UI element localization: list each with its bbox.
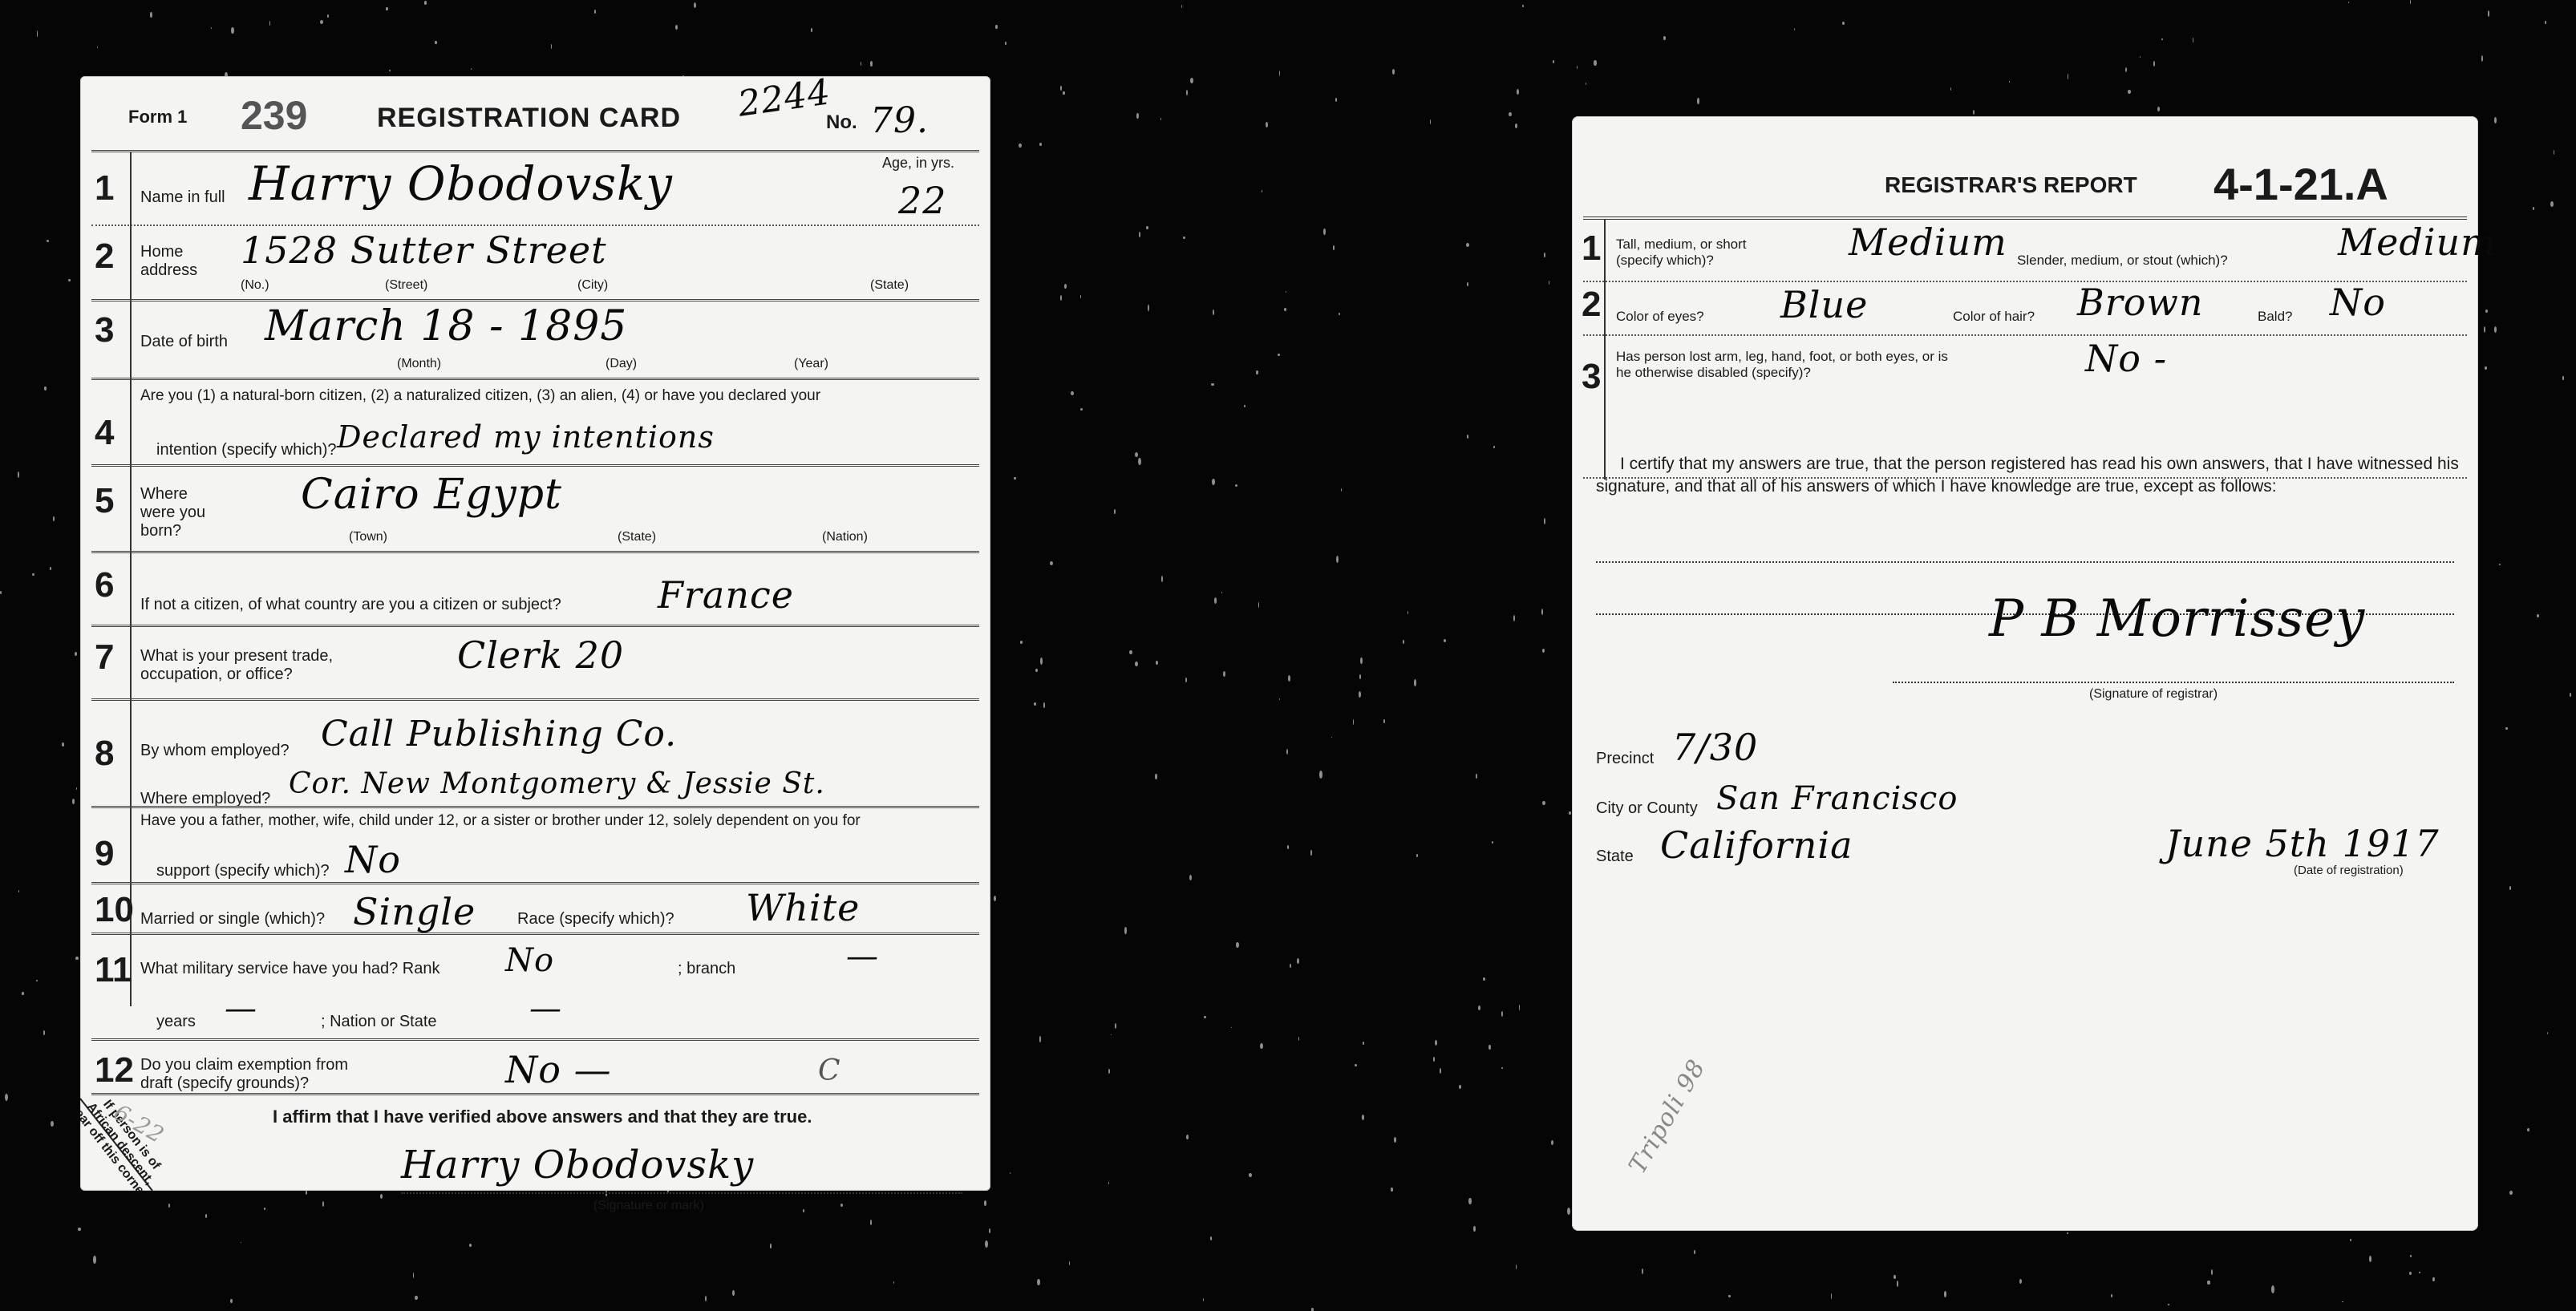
dob-label: Date of birth xyxy=(140,333,228,351)
military-rank-label: What military service have you had? Rank xyxy=(140,960,440,978)
signature-caption: (Signature or mark) xyxy=(593,1199,704,1213)
employment-place-value: Cor. New Montgomery & Jessie St. xyxy=(289,767,825,800)
address-label: Home address xyxy=(140,243,205,280)
registrar-caption: (Signature of registrar) xyxy=(2089,687,2218,702)
exemption-value: No — xyxy=(505,1048,612,1091)
age-value: 22 xyxy=(898,179,947,222)
date-caption: (Date of registration) xyxy=(2294,864,2404,877)
occupation-label: What is your present trade, occupation, … xyxy=(140,647,341,684)
bald-value: No xyxy=(2330,281,2386,324)
military-rank-value: No xyxy=(505,942,554,979)
card-title: REGISTRATION CARD xyxy=(377,103,681,134)
state-value: California xyxy=(1660,823,1853,867)
dob-value: March 18 - 1895 xyxy=(265,302,627,350)
address-value: 1528 Sutter Street xyxy=(241,229,607,272)
citizenship-value: Declared my intentions xyxy=(337,419,715,455)
report-title: REGISTRAR'S REPORT xyxy=(1885,172,2137,198)
registration-date-value: June 5th 1917 xyxy=(2165,822,2440,865)
military-nation-value: — xyxy=(529,990,562,1027)
occupation-value: Clerk 20 xyxy=(457,633,624,677)
race-value: White xyxy=(746,886,860,929)
age-label: Age, in yrs. xyxy=(882,155,954,172)
registration-card: Form 1 239 REGISTRATION CARD 2244 No. 79… xyxy=(80,76,990,1191)
registrant-signature: Harry Obodovsky xyxy=(401,1143,754,1188)
citizenship-question: Are you (1) a natural-born citizen, (2) … xyxy=(140,387,820,405)
race-label: Race (specify which)? xyxy=(517,910,674,929)
report-code: 4-1-21.A xyxy=(2213,158,2388,210)
birthplace-label: Where were you born? xyxy=(140,485,221,540)
dependents-value: No xyxy=(345,838,401,881)
military-branch-value: — xyxy=(846,938,879,975)
registrar-report: REGISTRAR'S REPORT 4-1-21.A 1 Tall, medi… xyxy=(1572,116,2478,1231)
military-years-value: — xyxy=(225,990,257,1027)
stamp-number: 2244 xyxy=(735,71,833,125)
country-value: France xyxy=(658,573,794,617)
registrar-signature: P B Morrissey xyxy=(1989,589,2365,649)
marital-value: Single xyxy=(353,890,476,933)
exemption-mark: C xyxy=(818,1054,841,1087)
build-value: Medium xyxy=(2338,221,2497,264)
certification-text: I certify that my answers are true, that… xyxy=(1596,453,2462,499)
name-label: Name in full xyxy=(140,188,225,207)
eye-color-value: Blue xyxy=(1780,283,1868,326)
dependents-question: Have you a father, mother, wife, child u… xyxy=(140,812,861,830)
hair-color-value: Brown xyxy=(2077,281,2204,324)
marital-label: Married or single (which)? xyxy=(140,910,325,929)
exemption-label: Do you claim exemption from draft (speci… xyxy=(140,1056,349,1093)
height-value: Medium xyxy=(1849,221,2007,264)
birthplace-value: Cairo Egypt xyxy=(301,471,562,519)
city-value: San Francisco xyxy=(1716,780,1958,817)
employer-label: By whom employed? xyxy=(140,742,290,760)
tear-off-corner: If person is of African descent, tear of… xyxy=(80,1095,241,1191)
employer-value: Call Publishing Co. xyxy=(321,714,677,755)
precinct-value: 7/30 xyxy=(1672,726,1758,769)
name-value: Harry Obodovsky xyxy=(249,156,673,211)
form-number: Form 1 xyxy=(128,107,187,127)
disability-value: No - xyxy=(2085,337,2167,380)
no-value: 79. xyxy=(870,100,929,141)
affirmation: I affirm that I have verified above answ… xyxy=(273,1107,812,1127)
no-label: No. xyxy=(826,111,857,134)
serial-number: 239 xyxy=(241,92,307,139)
country-label: If not a citizen, of what country are yo… xyxy=(140,596,561,614)
pencil-note-right: Tripoli 98 xyxy=(1623,1054,1711,1178)
